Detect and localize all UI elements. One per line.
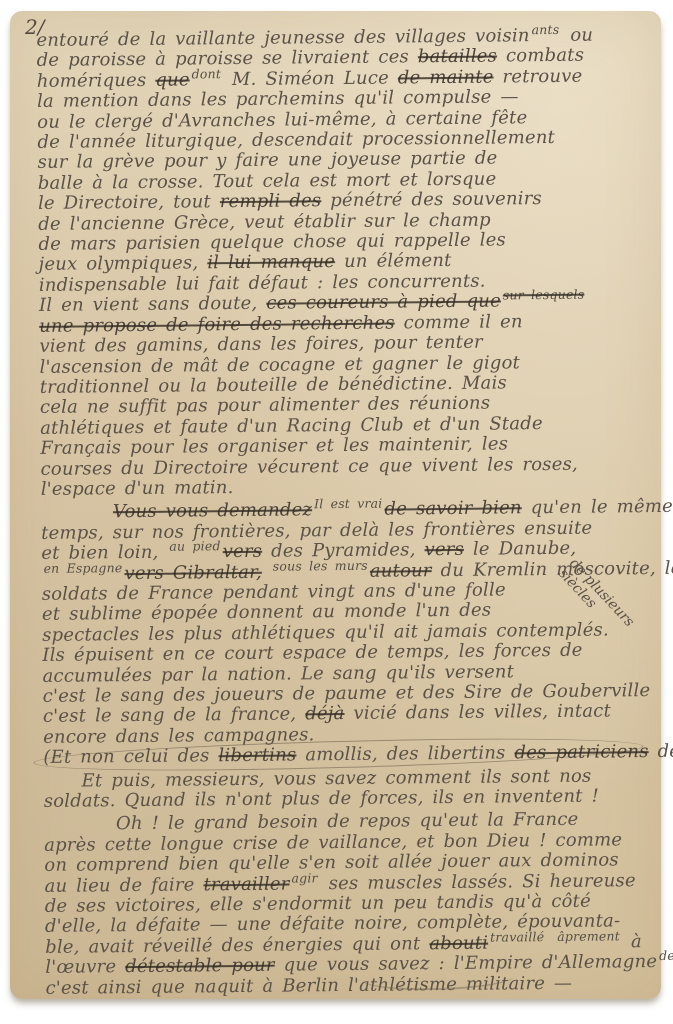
struck-text: déjà xyxy=(305,703,344,724)
handwritten-text: l'espace d'un matin. xyxy=(41,477,234,500)
handwritten-text xyxy=(546,932,555,953)
handwritten-text: un élément xyxy=(335,250,452,272)
inserted-text: travaillé xyxy=(490,937,544,938)
handwritten-text: amollis, des libertins xyxy=(296,743,514,766)
struck-text: des patriciens xyxy=(514,741,648,763)
struck-text: détestable pour xyxy=(125,955,275,977)
manuscript-paragraph: Oh ! le grand besoin de repos qu'eut la … xyxy=(44,810,650,999)
handwritten-text: l'œuvre xyxy=(45,956,125,978)
struck-text: vers xyxy=(424,539,464,560)
handwritten-text: Il en vient sans doute, xyxy=(39,293,266,316)
inserted-text: en Espagne xyxy=(44,568,123,569)
manuscript-paper: 2/ entouré de la vaillante jeunesse des … xyxy=(10,11,661,999)
handwritten-text: du Kremlin moscovite, les xyxy=(432,557,673,580)
inserted-text: âprement xyxy=(557,936,620,937)
handwritten-text: le Danube, xyxy=(464,538,577,560)
struck-text: libertins xyxy=(218,745,296,767)
inserted-text: Il est vrai xyxy=(314,504,382,505)
struck-text: que xyxy=(155,69,190,90)
handwritten-text: de la Régence) xyxy=(649,740,673,762)
handwritten-text: M. Siméon Luce xyxy=(223,67,398,90)
struck-text: travailler xyxy=(203,873,289,895)
inserted-text: sous les murs xyxy=(273,565,368,566)
handwritten-text: (Et non celui des xyxy=(43,745,218,768)
struck-text: rempli des xyxy=(220,190,322,212)
manuscript-paragraph: Et puis, messieurs, vous savez comment i… xyxy=(43,766,647,813)
manuscript-line: c'est ainsi que naquit à Berlin l'athlét… xyxy=(45,973,649,999)
handwritten-text: qu'en le même xyxy=(522,496,673,518)
handwritten-text: pénétré des souvenirs xyxy=(321,188,542,211)
struck-text: de mainte xyxy=(398,66,494,88)
struck-text: vers Gibraltar, xyxy=(124,561,262,583)
struck-text: vers xyxy=(223,541,263,562)
manuscript-text-block: entouré de la vaillante jeunesse des vil… xyxy=(36,25,649,999)
manuscript-paragraph: entouré de la vaillante jeunesse des vil… xyxy=(36,25,644,500)
handwritten-text xyxy=(262,561,271,582)
handwritten-text: jeux olympiques, xyxy=(39,253,208,276)
handwritten-text: comme il en xyxy=(395,311,523,333)
handwritten-text: retrouve xyxy=(493,65,582,87)
struck-text: abouti xyxy=(429,933,488,955)
handwritten-text: au lieu de faire xyxy=(44,874,203,897)
handwritten-text: à xyxy=(622,931,642,952)
handwritten-text: combats xyxy=(497,45,584,67)
struck-text: il lui manque xyxy=(207,252,335,274)
handwritten-text: soldats. Quand ils n'ont plus de forces,… xyxy=(44,786,599,812)
handwritten-text: le Directoire, tout xyxy=(38,191,220,214)
handwritten-text: vicié dans les villes, intact xyxy=(344,701,611,725)
struck-text: de savoir bien xyxy=(384,498,521,520)
handwritten-text: ou xyxy=(561,25,593,46)
scanned-manuscript-page: 2/ entouré de la vaillante jeunesse des … xyxy=(0,0,673,1024)
handwritten-text: homériques xyxy=(37,70,156,92)
struck-text: batailles xyxy=(418,46,497,68)
struck-text: autour xyxy=(370,560,432,582)
inserted-struck-text: sur lesquels xyxy=(503,295,584,296)
struck-text: Vous vous demandez xyxy=(113,500,312,523)
manuscript-paragraph: Vous vous demandezIl est vraide savoir b… xyxy=(41,497,648,768)
